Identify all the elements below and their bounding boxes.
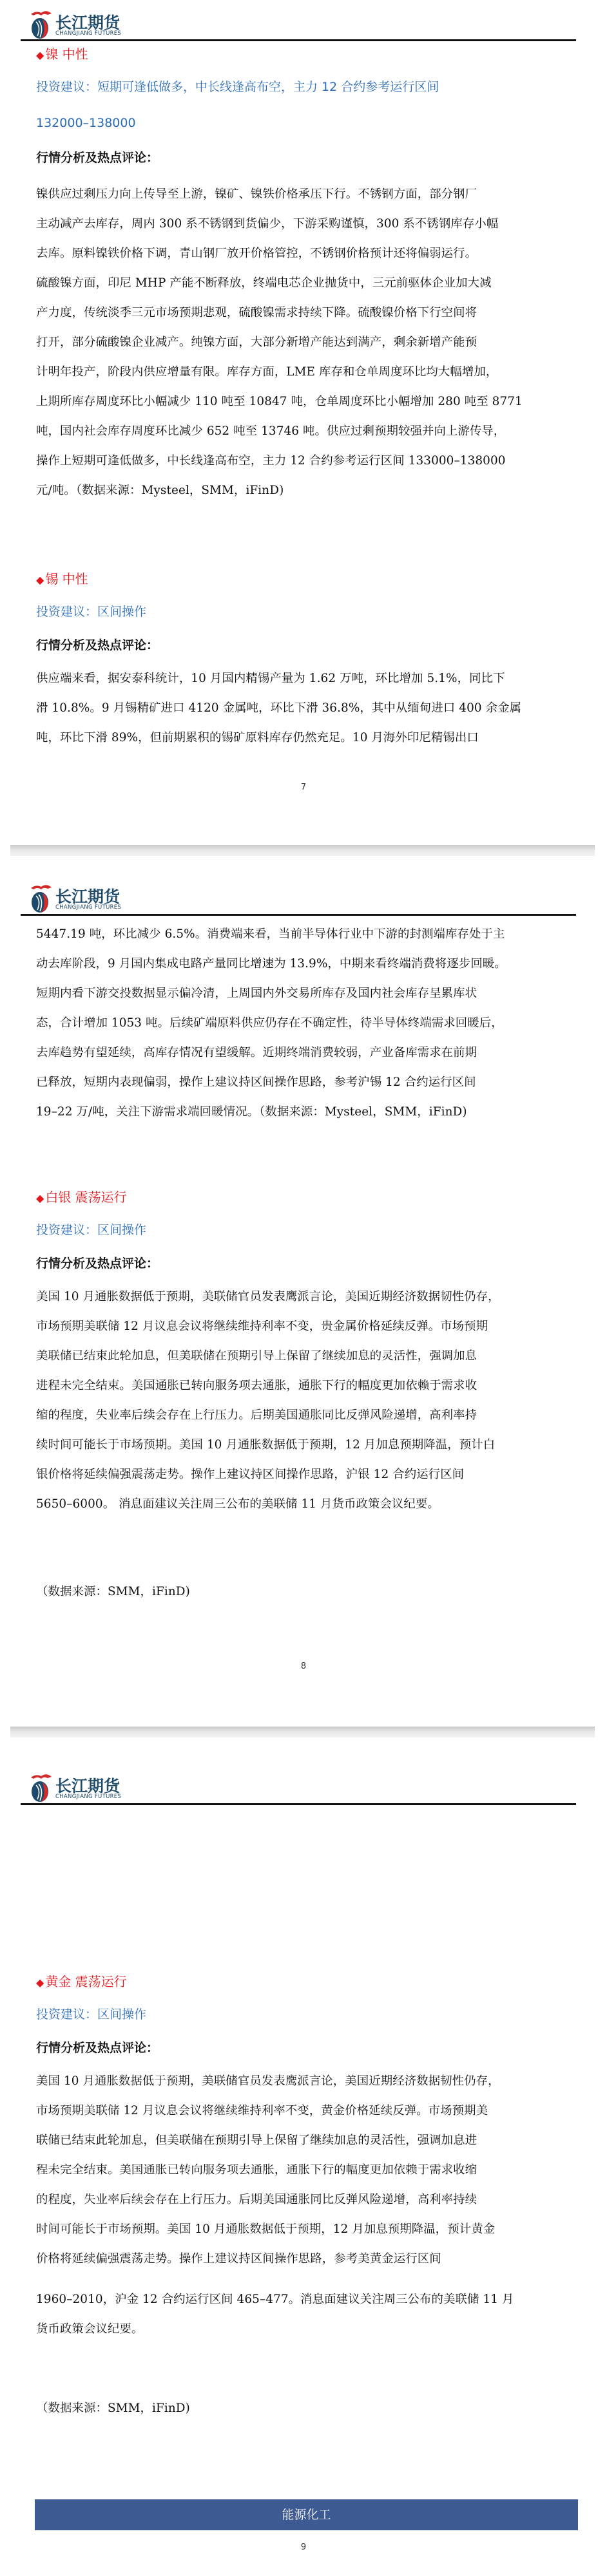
diamond-icon: ◆ bbox=[36, 1976, 44, 1989]
body-line: 美国 10 月通胀数据低于预期，美联储官员发表鹰派言论，美国近期经济数据韧性仍存… bbox=[36, 1287, 500, 1304]
body-line: 滑 10.8%。9 月锡精矿进口 4120 金属吨，环比下滑 36.8%，其中从… bbox=[36, 699, 521, 715]
body-line: 产力度，传统淡季三元市场预期悲观，硫酸镍需求持续下降。硫酸镍价格下行空间将 bbox=[36, 303, 477, 320]
body-line: 5650–6000。 消息面建议关注周三公布的美联储 11 月货币政策会议纪要。 bbox=[36, 1495, 439, 1511]
analysis-title: 行情分析及热点评论： bbox=[36, 1254, 159, 1271]
body-line: 打开，部分硫酸镍企业减产。纯镍方面，大部分新增产能达到满产，剩余新增产能预 bbox=[36, 333, 477, 350]
advice-line: 投资建议：区间操作 bbox=[36, 1220, 146, 1238]
body-line: 市场预期美联储 12 月议息会议将继续维持利率不变，贵金属价格延续反弹。市场预期 bbox=[36, 1317, 488, 1334]
body-line: 5447.19 吨，环比减少 6.5%。消费端来看，当前半导体行业中下游的封测端… bbox=[36, 925, 505, 942]
body-line: 已释放，短期内表现偏弱，操作上建议持区间操作思路，参考沪锡 12 合约运行区间 bbox=[36, 1073, 476, 1090]
body-line: 时间可能长于市场预期。美国 10 月通胀数据低于预期，12 月加息预期降温，预计… bbox=[36, 2220, 495, 2237]
page-break bbox=[10, 845, 595, 856]
page-9: 长江期货 CHANGJIANG FUTURES ◆黄金 震荡运行 投资建议：区间… bbox=[0, 1738, 607, 2576]
body-line: 货币政策会议纪要。 bbox=[36, 2320, 143, 2336]
data-source: （数据来源：SMM，iFinD) bbox=[36, 1582, 190, 1599]
diamond-icon: ◆ bbox=[36, 1192, 44, 1204]
section-title-gold: ◆黄金 震荡运行 bbox=[36, 1971, 127, 1990]
body-line: 1960–2010，沪金 12 合约运行区间 465–477。消息面建议关注周三… bbox=[36, 2290, 514, 2307]
logo-text-en: CHANGJIANG FUTURES bbox=[55, 904, 121, 911]
body-line: 计明年投产，阶段内供应增量有限。库存方面，LME 库存和仓单周度环比均大幅增加， bbox=[36, 363, 497, 379]
analysis-title: 行情分析及热点评论： bbox=[36, 2038, 159, 2056]
logo-emblem-icon bbox=[28, 883, 54, 914]
advice-line: 投资建议：短期可逢低做多，中长线逢高布空，主力 12 合约参考运行区间 bbox=[36, 77, 439, 95]
page-8: 长江期货 CHANGJIANG FUTURES 5447.19 吨，环比减少 6… bbox=[0, 856, 607, 1725]
page-break bbox=[10, 1727, 595, 1738]
header-rule bbox=[21, 914, 576, 916]
diamond-icon: ◆ bbox=[36, 49, 44, 61]
body-line: 银价格将延续偏强震荡走势。操作上建议持区间操作思路，沪银 12 合约运行区间 bbox=[36, 1465, 464, 1482]
page-7: 长江期货 CHANGJIANG FUTURES ◆镍 中性 投资建议：短期可逢低… bbox=[0, 0, 607, 841]
body-line: 镍供应过剩压力向上传导至上游，镍矿、镍铁价格承压下行。不锈钢方面，部分钢厂 bbox=[36, 185, 477, 202]
body-line: 19–22 万/吨，关注下游需求端回暖情况。（数据来源：Mysteel，SMM，… bbox=[36, 1103, 467, 1119]
body-line: 联储已结束此轮加息，但美联储在预期引导上保留了继续加息的灵活性，强调加息进 bbox=[36, 2131, 477, 2148]
logo-emblem-icon bbox=[28, 1772, 54, 1803]
company-logo: 长江期货 CHANGJIANG FUTURES bbox=[28, 883, 138, 914]
body-line: 程未完全结束。美国通胀已转向服务项去通胀，通胀下行的幅度更加依赖于需求收缩 bbox=[36, 2161, 477, 2177]
page-number: 7 bbox=[0, 782, 607, 792]
header-rule bbox=[21, 39, 576, 41]
logo-text-en: CHANGJIANG FUTURES bbox=[55, 1794, 121, 1800]
body-line: 进程未完全结束。美国通胀已转向服务项去通胀，通胀下行的幅度更加依赖于需求收 bbox=[36, 1376, 477, 1393]
diamond-icon: ◆ bbox=[36, 574, 44, 586]
section-banner-energy-chemicals: 能源化工 bbox=[35, 2499, 578, 2530]
body-line: 续时间可能长于市场预期。美国 10 月通胀数据低于预期，12 月加息预期降温，预… bbox=[36, 1435, 495, 1452]
body-line: 态，合计增加 1053 吨。后续矿端原料供应仍存在不确定性，待半导体终端需求回暖… bbox=[36, 1014, 503, 1030]
body-line: 的程度，失业率后续会存在上行压力。后期美国通胀同比反弹风险递增，高利率持续 bbox=[36, 2190, 477, 2207]
body-line: 美国 10 月通胀数据低于预期，美联储官员发表鹰派言论，美国近期经济数据韧性仍存… bbox=[36, 2072, 500, 2088]
body-line: 吨，国内社会库存周度环比减少 652 吨至 13746 吨。供应过剩预期较强并向… bbox=[36, 422, 505, 439]
body-line: 市场预期美联储 12 月议息会议将继续维持利率不变，黄金价格延续反弹。市场预期美 bbox=[36, 2101, 488, 2118]
body-line: 价格将延续偏强震荡走势。操作上建议持区间操作思路，参考美黄金运行区间 bbox=[36, 2249, 441, 2266]
company-logo: 长江期货 CHANGJIANG FUTURES bbox=[28, 9, 138, 40]
body-line: 主动减产去库存，周内 300 系不锈钢到货偏少，下游采购谨慎，300 系不锈钢库… bbox=[36, 214, 498, 231]
body-line: 操作上短期可逢低做多，中长线逢高布空，主力 12 合约参考运行区间 133000… bbox=[36, 451, 506, 468]
analysis-title: 行情分析及热点评论： bbox=[36, 636, 159, 653]
advice-line: 投资建议：区间操作 bbox=[36, 602, 146, 620]
section-title-nickel: ◆镍 中性 bbox=[36, 44, 88, 62]
page-number: 8 bbox=[0, 1662, 607, 1671]
body-line: 吨，环比下滑 89%，但前期累积的锡矿原料库存仍然充足。10 月海外印尼精锡出口 bbox=[36, 728, 479, 745]
advice-line: 132000–138000 bbox=[36, 116, 136, 130]
body-line: 硫酸镍方面，印尼 MHP 产能不断释放，终端电芯企业抛货中，三元前驱体企业加大减 bbox=[36, 274, 492, 290]
body-line: 缩的程度，失业率后续会存在上行压力。后期美国通胀同比反弹风险递增，高利率持 bbox=[36, 1406, 477, 1423]
body-line: 美联储已结束此轮加息，但美联储在预期引导上保留了继续加息的灵活性，强调加息 bbox=[36, 1347, 477, 1363]
advice-line: 投资建议：区间操作 bbox=[36, 2005, 146, 2022]
section-title-silver: ◆白银 震荡运行 bbox=[36, 1187, 127, 1206]
header-rule bbox=[21, 1803, 576, 1805]
body-line: 元/吨。（数据来源：Mysteel，SMM，iFinD) bbox=[36, 481, 284, 498]
page-number: 9 bbox=[0, 2543, 607, 2552]
body-line: 去库。原料镍铁价格下调，青山钢厂放开价格管控，不锈钢价格预计还将偏弱运行。 bbox=[36, 244, 477, 261]
logo-text-en: CHANGJIANG FUTURES bbox=[55, 30, 121, 37]
logo-emblem-icon bbox=[28, 9, 54, 40]
body-line: 短期内看下游交投数据显示偏冷清，上周国内外交易所库存及国内社会库存呈累库状 bbox=[36, 984, 477, 1001]
analysis-title: 行情分析及热点评论： bbox=[36, 148, 159, 166]
company-logo: 长江期货 CHANGJIANG FUTURES bbox=[28, 1772, 138, 1803]
body-line: 上期所库存周度环比小幅减少 110 吨至 10847 吨，仓单周度环比小幅增加 … bbox=[36, 392, 523, 409]
body-line: 供应端来看，据安泰科统计，10 月国内精锡产量为 1.62 万吨，环比增加 5.… bbox=[36, 669, 505, 686]
body-line: 动去库阶段，9 月国内集成电路产量同比增速为 13.9%，中期来看终端消费将逐步… bbox=[36, 954, 506, 971]
section-title-tin: ◆锡 中性 bbox=[36, 569, 88, 587]
body-line: 去库趋势有望延续，高库存情况有望缓解。近期终端消费较弱，产业备库需求在前期 bbox=[36, 1043, 477, 1060]
data-source: （数据来源：SMM，iFinD) bbox=[36, 2399, 190, 2416]
